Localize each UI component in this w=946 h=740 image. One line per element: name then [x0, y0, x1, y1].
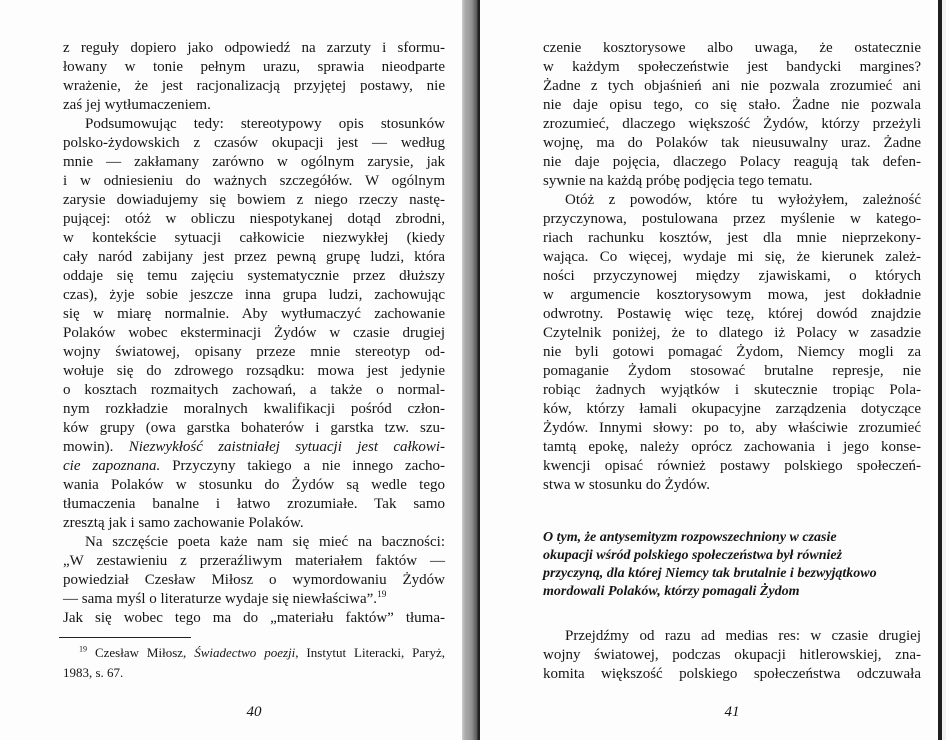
text-line: 1983, s. 67. — [63, 663, 445, 683]
text-line: nie daje pojęcia, dlaczego Polacy reaguj… — [543, 153, 921, 172]
text-segment: Przyczyny takiego a nie innego zacho- — [160, 458, 445, 474]
text-segment: się w miarę normalnie. Aby wytłumaczyć z… — [63, 306, 445, 322]
text-segment: nie daje opisu tego, co się stało. Żadne… — [543, 97, 921, 113]
text-segment: czas), żyje sobie jeszcze inna grupa lud… — [63, 287, 445, 303]
text-line: polsko-żydowskich z czasów okupacji jest… — [63, 134, 445, 153]
text-line: o kosztach rozmaitych zachowań, a także … — [63, 381, 445, 400]
text-segment: łowany w tonie pełnym urazu, sprawia nie… — [63, 59, 445, 75]
right-page-body: czenie kosztorysowe albo uwaga, że ostat… — [543, 39, 921, 495]
text-line: się w miarę normalnie. Aby wytłumaczyć z… — [63, 305, 445, 324]
text-line: odwrotny. Postawię więc tezę, której dow… — [543, 305, 921, 324]
text-segment-italic: cie zapoznana. — [63, 458, 160, 474]
text-segment: okupacji wśród polskiego społeczeństwa b… — [543, 548, 842, 563]
text-line: ków grupy (owa garstka bohaterów i garst… — [63, 419, 445, 438]
right-page-closing-paragraph: Przejdźmy od razu ad medias res: w czasi… — [543, 627, 921, 684]
text-line: zrozumieć, dlaczego większość Żydów, któ… — [543, 115, 921, 134]
text-segment: Jak się wobec tego ma do „materiału fakt… — [63, 610, 445, 626]
text-segment: powiedział Czesław Miłosz o wymordowaniu… — [63, 572, 445, 588]
text-segment: Na szczęście poeta każe nam się mieć na … — [85, 534, 445, 550]
text-line: Na szczęście poeta każe nam się mieć na … — [63, 533, 445, 552]
text-line: nie byli gotowi pomagać Żydom, Niemcy mo… — [543, 343, 921, 362]
text-line: komita większość polskiego społeczeństwa… — [543, 665, 921, 684]
text-line: pującej: otóż w obliczu niespotykanej do… — [63, 210, 445, 229]
text-segment: wojnę, ma do Polaków tak nieusuwalny ura… — [543, 135, 921, 151]
text-line: wojnę, ma do Polaków tak nieusuwalny ura… — [543, 134, 921, 153]
text-line: czenie kosztorysowe albo uwaga, że ostat… — [543, 39, 921, 58]
text-segment: pomaganie Żydom stosować brutalne repres… — [543, 363, 921, 379]
text-line: ków, którzy łamali okupacyjne zarządzeni… — [543, 400, 921, 419]
text-segment: riach rachunku kosztów, jest dla mnie ni… — [543, 230, 921, 246]
text-line: Polaków wobec eksterminacji Żydów w czas… — [63, 324, 445, 343]
text-line: Żadne z tych objaśnień ani nie pozwala z… — [543, 77, 921, 96]
text-line: tłumaczenia banalne i łatwo zrozumiałe. … — [63, 495, 445, 514]
footnote: 19 Czesław Miłosz, Świadectwo poezji, In… — [63, 637, 445, 682]
text-segment: w argumencie kosztorysowym mowa, jest do… — [543, 287, 921, 303]
text-line: zaś jej wytłumaczeniem. — [63, 96, 445, 115]
text-segment: wołuje się do zdrowego rozsądku: mowa je… — [63, 363, 445, 379]
text-line: Żydów. Innymi słowy: po to, aby właściwi… — [543, 419, 921, 438]
heading-line: O tym, że antysemityzm rozpowszechniony … — [543, 529, 921, 547]
text-segment: mnie — zakłamany zarówno w ogólnym zarys… — [63, 154, 445, 170]
text-segment: wojny światowej, podczas okupacji hitler… — [543, 647, 921, 663]
text-segment: zarysie dowiadujemy się bowiem z niego r… — [63, 192, 445, 208]
text-segment: czenie kosztorysowe albo uwaga, że ostat… — [543, 40, 921, 56]
text-segment: nie daje pojęcia, dlaczego Polacy reaguj… — [543, 154, 921, 170]
text-line: pomaganie Żydom stosować brutalne repres… — [543, 362, 921, 381]
text-segment: ków grupy (owa garstka bohaterów i garst… — [63, 420, 445, 436]
text-line: „W zestawieniu z przeraźliwym materiałem… — [63, 552, 445, 571]
text-line: zarysie dowiadujemy się bowiem z niego r… — [63, 191, 445, 210]
text-segment: w każdym społeczeństwie jest bandycki ma… — [543, 59, 921, 75]
text-line: robiąc żadnych wyjątków i skutecznie tro… — [543, 381, 921, 400]
text-line: mnie — zakłamany zarówno w ogólnym zarys… — [63, 153, 445, 172]
text-segment: przyczynowa, postulowana przez myślenie … — [543, 211, 921, 227]
heading-line: przyczyną, dla której Niemcy tak brutaln… — [543, 565, 921, 583]
text-segment: wania Polaków w stosunku do Żydów są wed… — [63, 477, 445, 493]
left-page-body: z reguły dopiero jako odpowiedź na zarzu… — [63, 39, 445, 628]
text-segment: tamtą epokę, należy oprócz zachowania i … — [543, 439, 921, 455]
text-segment: nym rozkładzie moralnych kwalifikacji po… — [63, 401, 445, 417]
text-segment: pującej: otóż w obliczu niespotykanej do… — [63, 211, 445, 227]
text-segment: , Instytut Literacki, Paryż, — [295, 645, 445, 660]
text-line: cały naród zabijany jest przez pewną gru… — [63, 248, 445, 267]
text-segment: Podsumowując tedy: stereotypowy opis sto… — [85, 116, 445, 132]
text-segment: z reguły dopiero jako odpowiedź na zarzu… — [63, 40, 445, 56]
text-segment: robiąc żadnych wyjątków i skutecznie tro… — [543, 382, 921, 398]
scan-edge-margin — [942, 0, 946, 740]
text-line: stwa w stosunku do Żydów. — [543, 476, 921, 495]
text-segment: — sama myśl o literaturze wydaje się nie… — [63, 591, 377, 607]
heading-line: mordowali Polaków, którzy pomagali Żydom — [543, 583, 921, 601]
text-segment: wająca. Co więcej, wydaje mi się, że kie… — [543, 249, 921, 265]
page-number-left: 40 — [63, 704, 445, 721]
text-line: z reguły dopiero jako odpowiedź na zarzu… — [63, 39, 445, 58]
text-segment: odwrotny. Postawię więc tezę, której dow… — [543, 306, 921, 322]
text-line: wania Polaków w stosunku do Żydów są wed… — [63, 476, 445, 495]
text-line: Otóż z powodów, które tu wyłożyłem, zale… — [543, 191, 921, 210]
text-line: tamtą epokę, należy oprócz zachowania i … — [543, 438, 921, 457]
text-line: łowany w tonie pełnym urazu, sprawia nie… — [63, 58, 445, 77]
text-segment: wrażenie, że jest racjonalizacją przyjęt… — [63, 78, 445, 94]
text-line: cie zapoznana. Przyczyny takiego a nie i… — [63, 457, 445, 476]
text-line: Przejdźmy od razu ad medias res: w czasi… — [543, 627, 921, 646]
text-line: Jak się wobec tego ma do „materiału fakt… — [63, 609, 445, 628]
text-line: i w odniesieniu do ważnych szczegółów. W… — [63, 172, 445, 191]
right-page-text-column: czenie kosztorysowe albo uwaga, że ostat… — [543, 39, 921, 684]
text-line: zresztą jak i samo zachowanie Polaków. — [63, 514, 445, 533]
text-segment: Żadne z tych objaśnień ani nie pozwala z… — [543, 78, 921, 94]
text-segment: wojny światowej, opisany przeze mnie ste… — [63, 344, 445, 360]
text-segment: mowin). — [63, 439, 129, 455]
text-segment: Żydów. Innymi słowy: po to, aby właściwi… — [543, 420, 921, 436]
text-line: wojny światowej, opisany przeze mnie ste… — [63, 343, 445, 362]
footnote-body: 19 Czesław Miłosz, Świadectwo poezji, In… — [63, 643, 445, 682]
text-segment: komita większość polskiego społeczeństwa… — [543, 666, 921, 682]
book-spread: z reguły dopiero jako odpowiedź na zarzu… — [0, 0, 946, 740]
text-segment: oddaje się temu zajęciu systematycznie p… — [63, 268, 445, 284]
text-line: wołuje się do zdrowego rozsądku: mowa je… — [63, 362, 445, 381]
left-page-text-column: z reguły dopiero jako odpowiedź na zarzu… — [63, 39, 445, 682]
text-line: oddaje się temu zajęciu systematycznie p… — [63, 267, 445, 286]
text-segment: stwa w stosunku do Żydów. — [543, 477, 710, 493]
heading-line: okupacji wśród polskiego społeczeństwa b… — [543, 547, 921, 565]
text-segment: Czesław Miłosz, — [87, 645, 194, 660]
text-segment: polsko-żydowskich z czasów okupacji jest… — [63, 135, 445, 151]
text-line: sywnie na każdą próbę podjęcia tego tema… — [543, 172, 921, 191]
text-line: czas), żyje sobie jeszcze inna grupa lud… — [63, 286, 445, 305]
text-segment: ków, którzy łamali okupacyjne zarządzeni… — [543, 401, 921, 417]
text-line: w kontekście sytuacji całkowicie niezwyk… — [63, 229, 445, 248]
text-line: riach rachunku kosztów, jest dla mnie ni… — [543, 229, 921, 248]
text-line: Podsumowując tedy: stereotypowy opis sto… — [63, 115, 445, 134]
text-segment: Otóż z powodów, które tu wyłożyłem, zale… — [565, 192, 921, 208]
text-segment: tłumaczenia banalne i łatwo zrozumiałe. … — [63, 496, 445, 512]
text-line: wrażenie, że jest racjonalizacją przyjęt… — [63, 77, 445, 96]
text-segment-sup: 19 — [79, 645, 87, 654]
text-line: wająca. Co więcej, wydaje mi się, że kie… — [543, 248, 921, 267]
text-line: 19 Czesław Miłosz, Świadectwo poezji, In… — [63, 643, 445, 663]
text-segment: zrozumieć, dlaczego większość Żydów, któ… — [543, 116, 921, 132]
text-line: wojny światowej, podczas okupacji hitler… — [543, 646, 921, 665]
text-segment: nie byli gotowi pomagać Żydom, Niemcy mo… — [543, 344, 921, 360]
text-line: mowin). Niezwykłość zaistniałej sytuacji… — [63, 438, 445, 457]
text-segment: o kosztach rozmaitych zachowań, a także … — [63, 382, 445, 398]
text-segment: sywnie na każdą próbę podjęcia tego tema… — [543, 173, 812, 189]
text-segment: przyczyną, dla której Niemcy tak brutaln… — [543, 566, 877, 581]
text-line: nie daje opisu tego, co się stało. Żadne… — [543, 96, 921, 115]
text-segment-sup: 19 — [377, 590, 386, 600]
text-segment: „W zestawieniu z przeraźliwym materiałem… — [63, 553, 445, 569]
text-segment-italic: Świadectwo poezji — [194, 645, 295, 660]
text-segment: cały naród zabijany jest przez pewną gru… — [63, 249, 445, 265]
text-line: Czytelnik poniżej, że to dlatego iż Pola… — [543, 324, 921, 343]
text-line: nym rozkładzie moralnych kwalifikacji po… — [63, 400, 445, 419]
footnote-divider — [59, 637, 191, 638]
text-segment: zaś jej wytłumaczeniem. — [63, 97, 211, 113]
text-segment: i w odniesieniu do ważnych szczegółów. W… — [63, 173, 445, 189]
text-line: przyczynowa, postulowana przez myślenie … — [543, 210, 921, 229]
text-segment-italic: Niezwykłość zaistniałej sytuacji jest ca… — [129, 439, 445, 455]
text-segment: Przejdźmy od razu ad medias res: w czasi… — [565, 628, 921, 644]
text-segment: Polaków wobec eksterminacji Żydów w czas… — [63, 325, 445, 341]
text-segment: O tym, że antysemityzm rozpowszechniony … — [543, 530, 837, 545]
text-segment: w kontekście sytuacji całkowicie niezwyk… — [63, 230, 445, 246]
book-spine-shadow — [462, 0, 482, 740]
text-segment: kwencji opisać również postawy polskiego… — [543, 458, 921, 474]
section-heading: O tym, że antysemityzm rozpowszechniony … — [543, 529, 921, 601]
text-segment: 1983, s. 67. — [63, 665, 123, 680]
text-line: powiedział Czesław Miłosz o wymordowaniu… — [63, 571, 445, 590]
page-number-right: 41 — [543, 704, 921, 721]
text-line: w każdym społeczeństwie jest bandycki ma… — [543, 58, 921, 77]
text-segment: zresztą jak i samo zachowanie Polaków. — [63, 515, 304, 531]
text-line: ności przyczynowej między zjawiskami, o … — [543, 267, 921, 286]
text-segment: mordowali Polaków, którzy pomagali Żydom — [543, 584, 800, 599]
text-line: — sama myśl o literaturze wydaje się nie… — [63, 590, 445, 609]
text-line: kwencji opisać również postawy polskiego… — [543, 457, 921, 476]
text-segment: ności przyczynowej między zjawiskami, o … — [543, 268, 921, 284]
text-line: w argumencie kosztorysowym mowa, jest do… — [543, 286, 921, 305]
text-segment: Czytelnik poniżej, że to dlatego iż Pola… — [543, 325, 921, 341]
